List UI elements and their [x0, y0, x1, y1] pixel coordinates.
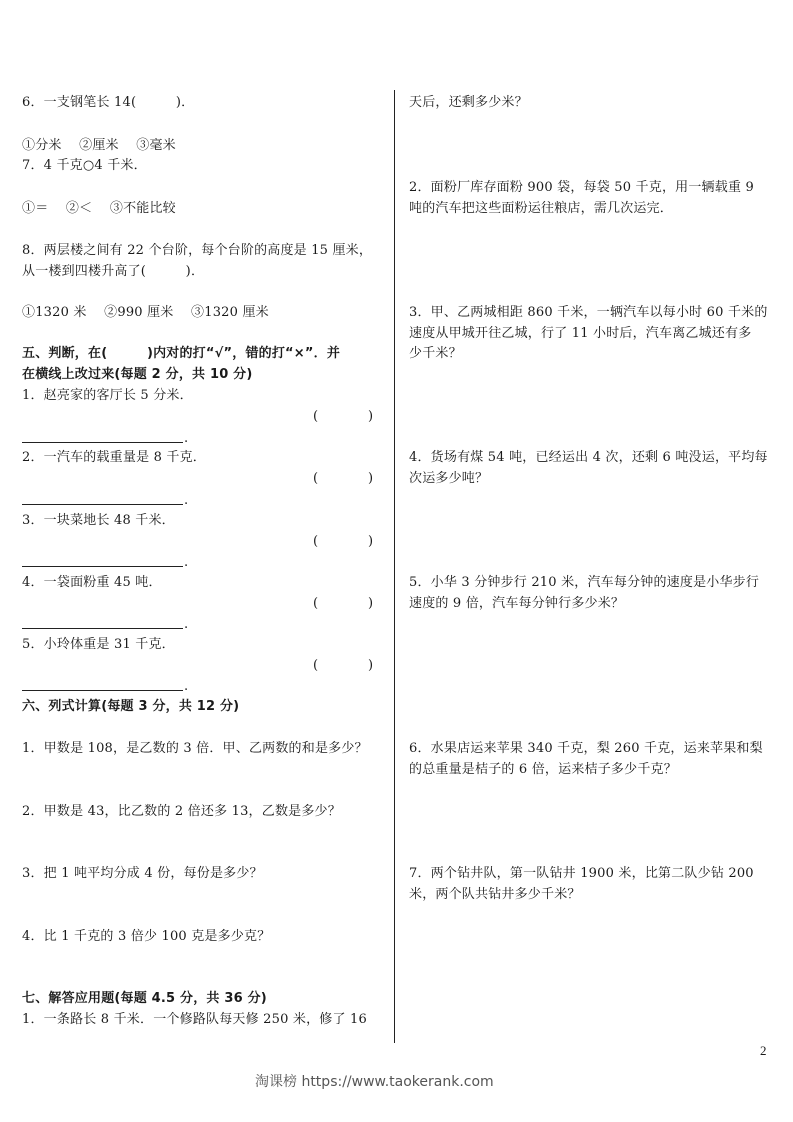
- app-question-7-line1: 7．两个钻井队，第一队钻井 1900 米，比第二队少钻 200: [409, 866, 754, 882]
- app-question-4-line1: 4．货场有煤 54 吨，已经运出 4 次，还剩 6 吨没运，平均每: [409, 450, 768, 466]
- section-5-title-line2: 在横线上改过来(每题 2 分，共 10 分): [22, 367, 253, 383]
- app-question-1-line1: 1．一条路长 8 千米．一个修路队每天修 250 米，修了 16: [22, 1012, 367, 1028]
- section-7-title: 七、解答应用题(每题 4.5 分，共 36 分): [22, 991, 267, 1007]
- question-8-line2: 从一楼到四楼升高了( )．: [22, 264, 204, 280]
- judge-answer-box-2[interactable]: ( ): [313, 471, 383, 487]
- calc-item-1: 1．甲数是 108，是乙数的 3 倍．甲、乙两数的和是多少？: [22, 741, 368, 757]
- judge-answer-box-1[interactable]: ( ): [313, 409, 383, 425]
- question-6-options: ①分米 ②厘米 ③毫米: [22, 138, 176, 154]
- app-question-6-line2: 的总重量是桔子的 6 倍，运来桔子多少千克？: [409, 762, 677, 778]
- calc-item-4: 4．比 1 千克的 3 倍少 100 克是多少克？: [22, 929, 270, 945]
- correction-line-dot: .: [184, 682, 188, 692]
- exam-page: 6．一支钢笔长 14( )． ①分米 ②厘米 ③毫米 7．4 千克○4 千米． …: [0, 0, 793, 1122]
- section-6-title: 六、列式计算(每题 3 分，共 12 分): [22, 699, 239, 715]
- app-question-2-line1: 2．面粉厂库存面粉 900 袋，每袋 50 千克，用一辆载重 9: [409, 180, 754, 196]
- judge-item-2: 2．一汽车的载重量是 8 千克．: [22, 450, 206, 466]
- correction-line-dot: .: [184, 496, 188, 506]
- correction-line-4[interactable]: [22, 628, 183, 629]
- correction-line-3[interactable]: [22, 566, 183, 567]
- app-question-5-line1: 5．小华 3 分钟步行 210 米，汽车每分钟的速度是小华步行: [409, 575, 759, 591]
- app-question-7-line2: 米，两个队共钻井多少千米？: [409, 887, 581, 903]
- column-divider: [394, 90, 395, 1043]
- question-6: 6．一支钢笔长 14( )．: [22, 95, 194, 111]
- app-question-4-line2: 次运多少吨？: [409, 471, 488, 487]
- judge-item-3: 3．一块菜地长 48 千米．: [22, 513, 175, 529]
- correction-line-dot: .: [184, 558, 188, 568]
- judge-item-1: 1．赵亮家的客厅长 5 分米．: [22, 388, 193, 404]
- correction-line-5[interactable]: [22, 690, 183, 691]
- correction-line-dot: .: [184, 434, 188, 444]
- question-8-line1: 8．两层楼之间有 22 个台阶，每个台阶的高度是 15 厘米，: [22, 243, 372, 259]
- section-5-title-line1: 五、判断，在( )内对的打“√”，错的打“×”．并: [22, 346, 340, 362]
- app-question-5-line2: 速度的 9 倍，汽车每分钟行多少米？: [409, 596, 624, 612]
- correction-line-1[interactable]: [22, 442, 183, 443]
- page-number: 2: [760, 1043, 767, 1059]
- judge-answer-box-3[interactable]: ( ): [313, 534, 383, 550]
- judge-item-4: 4．一袋面粉重 45 吨．: [22, 575, 162, 591]
- app-question-3-line1: 3．甲、乙两城相距 860 千米，一辆汽车以每小时 60 千米的: [409, 305, 768, 321]
- correction-line-2[interactable]: [22, 504, 183, 505]
- watermark: 淘课榜 https://www.taokerank.com: [255, 1071, 494, 1091]
- correction-line-dot: .: [184, 620, 188, 630]
- judge-item-5: 5．小玲体重是 31 千克．: [22, 637, 175, 653]
- app-question-1-line2: 天后，还剩多少米？: [409, 95, 528, 111]
- app-question-2-line2: 吨的汽车把这些面粉运往粮店，需几次运完．: [409, 201, 673, 217]
- question-8-options: ①1320 米 ②990 厘米 ③1320 厘米: [22, 305, 269, 321]
- app-question-3-line3: 少千米？: [409, 346, 462, 362]
- calc-item-3: 3．把 1 吨平均分成 4 份，每份是多少？: [22, 866, 263, 882]
- calc-item-2: 2．甲数是 43，比乙数的 2 倍还多 13，乙数是多少？: [22, 804, 341, 820]
- judge-answer-box-5[interactable]: ( ): [313, 658, 383, 674]
- judge-answer-box-4[interactable]: ( ): [313, 596, 383, 612]
- question-7: 7．4 千克○4 千米．: [22, 158, 147, 174]
- app-question-3-line2: 速度从甲城开往乙城，行了 11 小时后，汽车离乙城还有多: [409, 326, 751, 342]
- app-question-6-line1: 6．水果店运来苹果 340 千克，梨 260 千克，运来苹果和梨: [409, 741, 763, 757]
- question-7-options: ①＝ ②＜ ③不能比较: [22, 201, 176, 217]
